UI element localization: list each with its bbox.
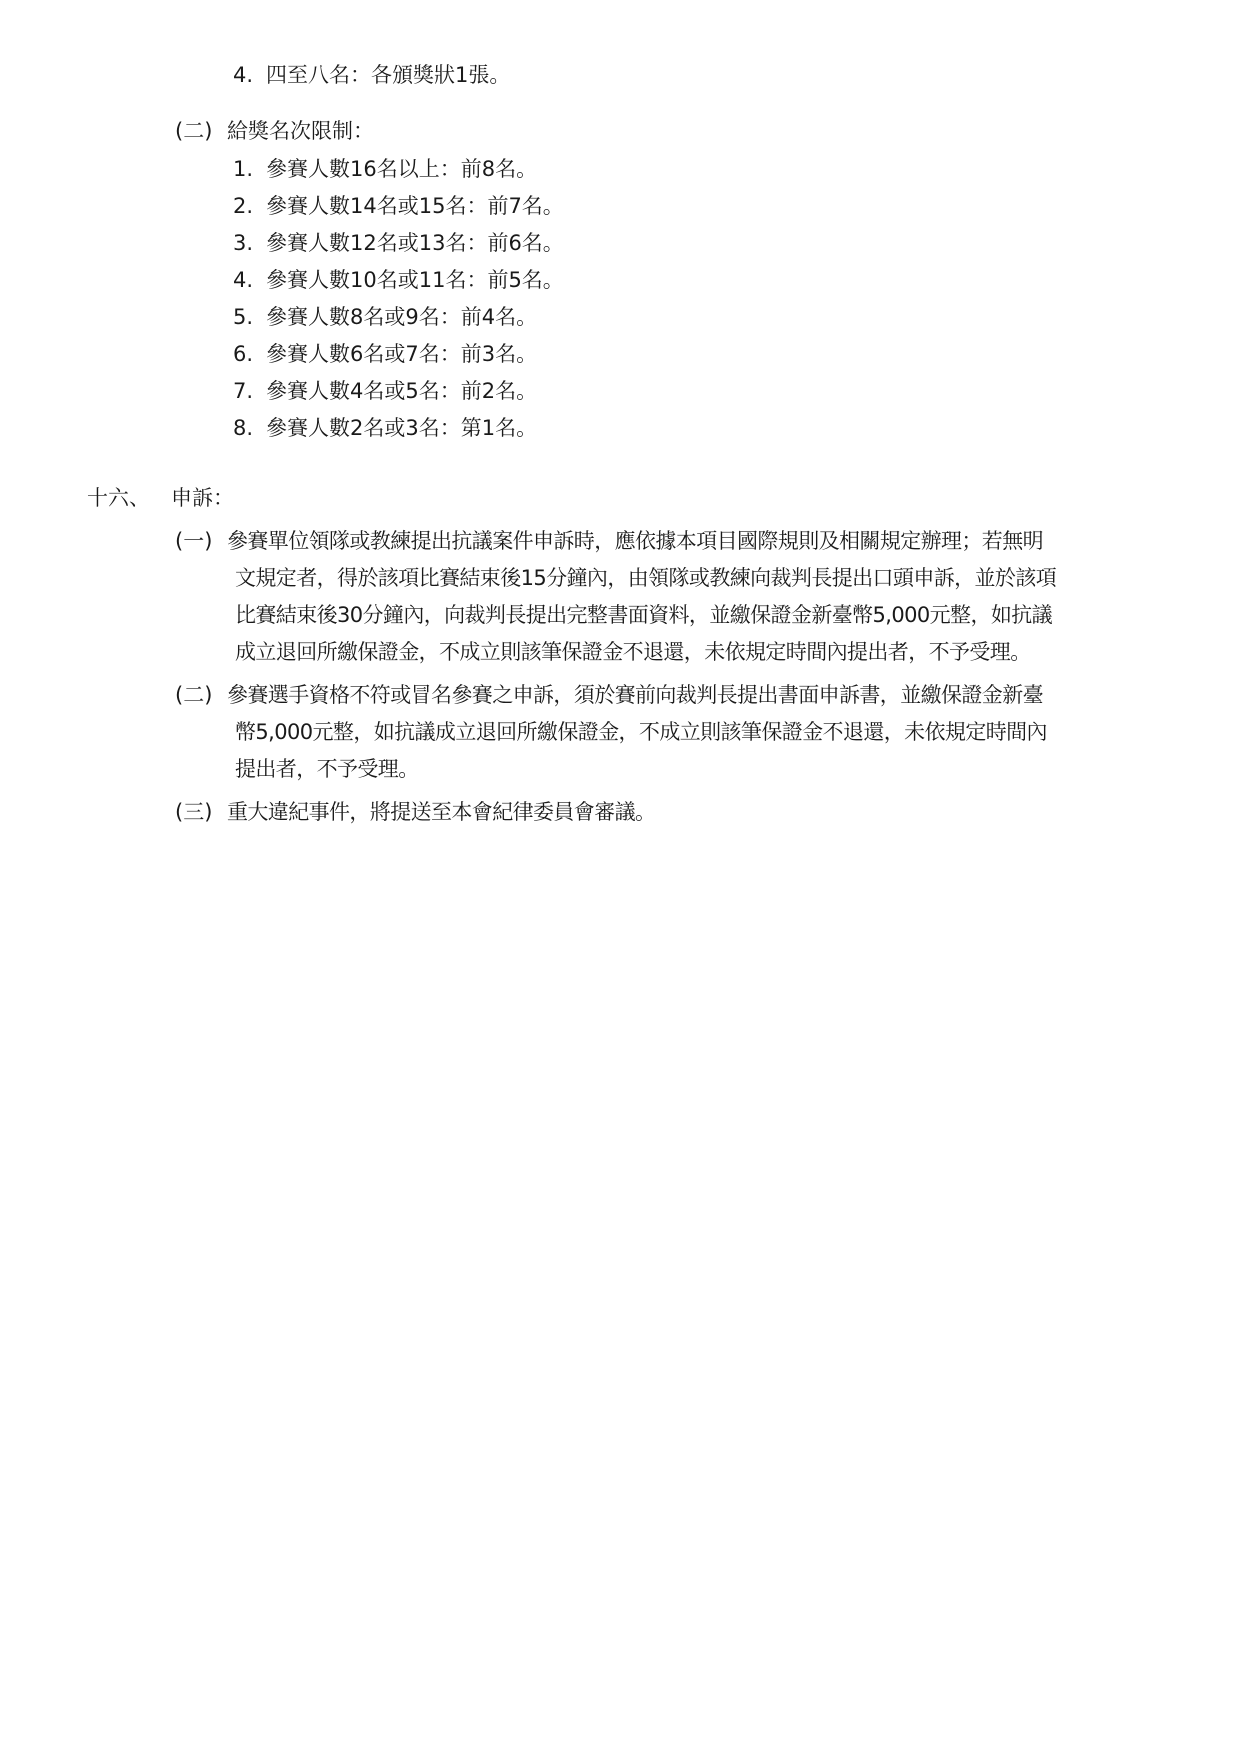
award-limit-heading: (二)給獎名次限制： bbox=[175, 117, 374, 145]
item-number: 7. bbox=[233, 377, 266, 405]
award-limit-item: 3.參賽人數12名或13名：前6名。 bbox=[233, 229, 564, 257]
item-number: 3. bbox=[233, 229, 266, 257]
item-text: 參賽人數14名或15名：前7名。 bbox=[266, 192, 564, 220]
item-text: 參賽人數8名或9名：前4名。 bbox=[266, 303, 537, 331]
item-number: 1. bbox=[233, 155, 266, 183]
item-number: 4. bbox=[233, 266, 266, 294]
award-limit-item: 2.參賽人數14名或15名：前7名。 bbox=[233, 192, 564, 220]
clause-marker: (一) bbox=[175, 527, 227, 555]
clause-text: 比賽結束後30分鐘內，向裁判長提出完整書面資料，並繳保證金新臺幣5,000元整，… bbox=[235, 601, 1052, 629]
item-text: 參賽人數12名或13名：前6名。 bbox=[266, 229, 564, 257]
clause-heading: 給獎名次限制： bbox=[227, 117, 374, 145]
award-limit-item: 7.參賽人數4名或5名：前2名。 bbox=[233, 377, 537, 405]
section-heading: 十六、申訴： bbox=[87, 484, 234, 512]
clause-line: (三)重大違紀事件，將提送至本會紀律委員會審議。 bbox=[175, 798, 655, 826]
clause-text: 提出者，不予受理。 bbox=[235, 755, 419, 783]
award-limit-item: 1.參賽人數16名以上：前8名。 bbox=[233, 155, 537, 183]
award-limit-item: 5.參賽人數8名或9名：前4名。 bbox=[233, 303, 537, 331]
clause-text: 參賽單位領隊或教練提出抗議案件申訴時，應依據本項目國際規則及相關規定辦理；若無明 bbox=[227, 527, 1043, 555]
section-number: 十六、 bbox=[87, 484, 171, 512]
clause-marker: (二) bbox=[175, 681, 227, 709]
item-text: 參賽人數6名或7名：前3名。 bbox=[266, 340, 537, 368]
item-number: 5. bbox=[233, 303, 266, 331]
clause-text: 文規定者，得於該項比賽結束後15分鐘內，由領隊或教練向裁判長提出口頭申訴，並於該… bbox=[235, 564, 1056, 592]
clause-text: 重大違紀事件，將提送至本會紀律委員會審議。 bbox=[227, 798, 655, 826]
clause-line: 幣5,000元整，如抗議成立退回所繳保證金，不成立則該筆保證金不退還，未依規定時… bbox=[235, 718, 1047, 746]
clause-line: 文規定者，得於該項比賽結束後15分鐘內，由領隊或教練向裁判長提出口頭申訴，並於該… bbox=[235, 564, 1056, 592]
clause-text: 成立退回所繳保證金，不成立則該筆保證金不退還，未依規定時間內提出者，不予受理。 bbox=[235, 638, 1031, 666]
item-number: 4. bbox=[233, 61, 266, 89]
item-text: 參賽人數16名以上：前8名。 bbox=[266, 155, 537, 183]
clause-text: 參賽選手資格不符或冒名參賽之申訴，須於賽前向裁判長提出書面申訴書，並繳保證金新臺 bbox=[227, 681, 1043, 709]
item-text: 參賽人數4名或5名：前2名。 bbox=[266, 377, 537, 405]
clause-line: (一)參賽單位領隊或教練提出抗議案件申訴時，應依據本項目國際規則及相關規定辦理；… bbox=[175, 527, 1043, 555]
award-limit-item: 6.參賽人數6名或7名：前3名。 bbox=[233, 340, 537, 368]
item-text: 參賽人數10名或11名：前5名。 bbox=[266, 266, 564, 294]
award-limit-item: 8.參賽人數2名或3名：第1名。 bbox=[233, 414, 537, 442]
clause-line: 比賽結束後30分鐘內，向裁判長提出完整書面資料，並繳保證金新臺幣5,000元整，… bbox=[235, 601, 1052, 629]
item-number: 8. bbox=[233, 414, 266, 442]
clause-line: (二)參賽選手資格不符或冒名參賽之申訴，須於賽前向裁判長提出書面申訴書，並繳保證… bbox=[175, 681, 1043, 709]
clause-line: 成立退回所繳保證金，不成立則該筆保證金不退還，未依規定時間內提出者，不予受理。 bbox=[235, 638, 1031, 666]
award-limit-item: 4.參賽人數10名或11名：前5名。 bbox=[233, 266, 564, 294]
item-text: 四至八名：各頒獎狀1張。 bbox=[266, 61, 510, 89]
award-list-item: 4.四至八名：各頒獎狀1張。 bbox=[233, 61, 510, 89]
item-number: 6. bbox=[233, 340, 266, 368]
clause-text: 幣5,000元整，如抗議成立退回所繳保證金，不成立則該筆保證金不退還，未依規定時… bbox=[235, 718, 1047, 746]
clause-marker: (三) bbox=[175, 798, 227, 826]
clause-marker: (二) bbox=[175, 117, 227, 145]
section-title: 申訴： bbox=[171, 484, 234, 512]
item-number: 2. bbox=[233, 192, 266, 220]
item-text: 參賽人數2名或3名：第1名。 bbox=[266, 414, 537, 442]
clause-line: 提出者，不予受理。 bbox=[235, 755, 419, 783]
